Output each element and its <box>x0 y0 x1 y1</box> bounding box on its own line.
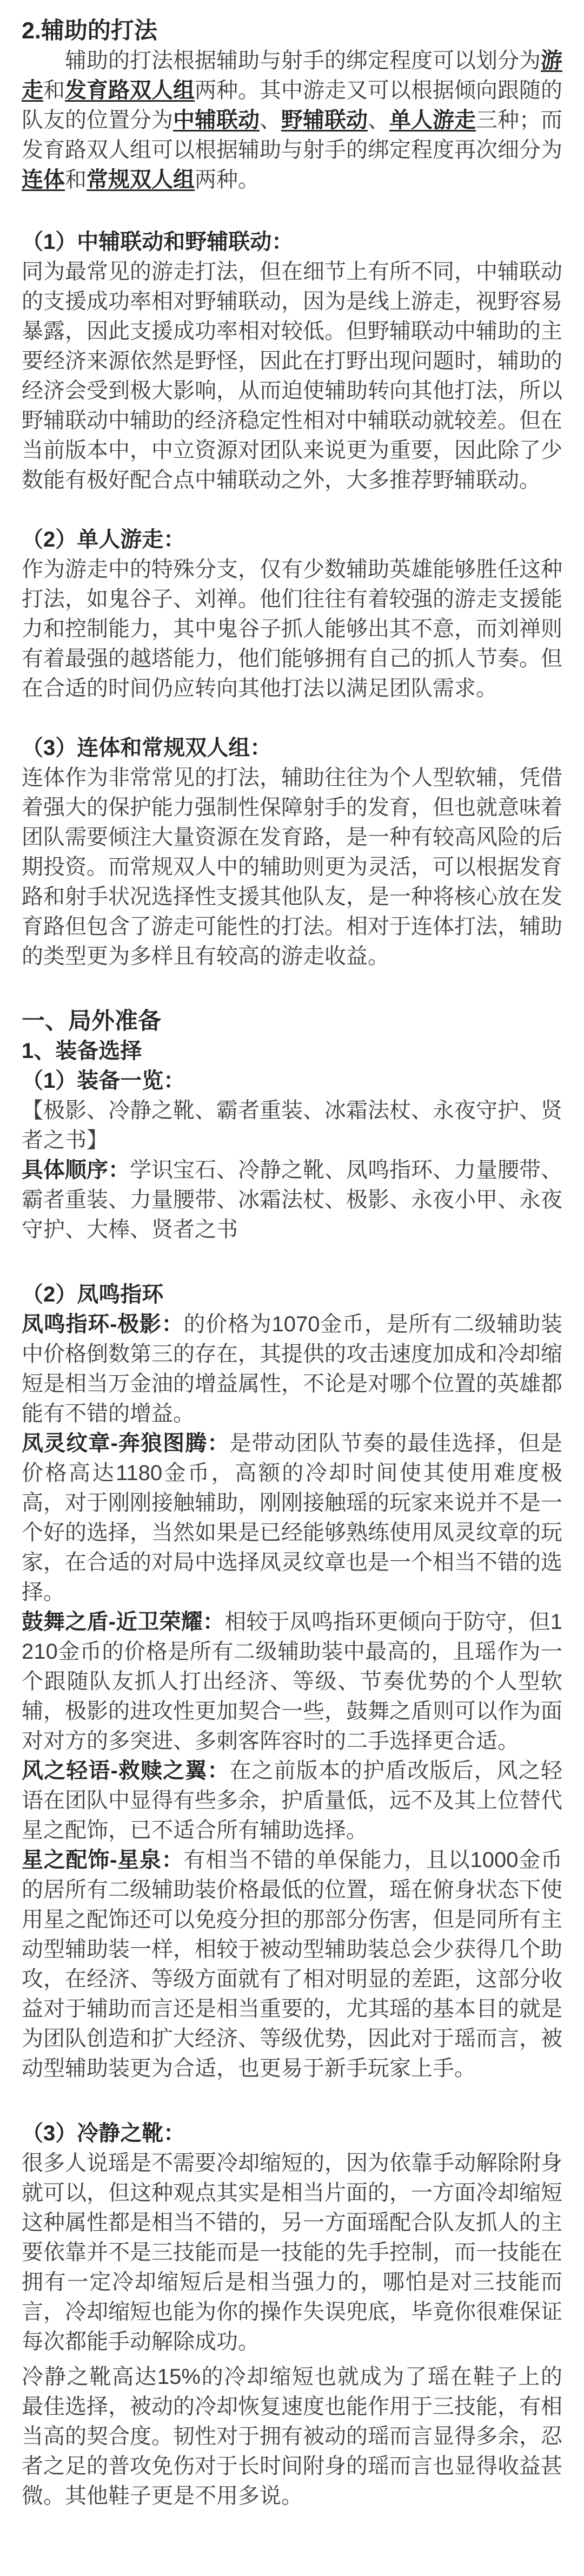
section-heading: （2）凤鸣指环 <box>22 1280 562 1310</box>
keyword-underlined: 野辅联动 <box>281 108 368 132</box>
body-text: 很多人说瑶是不需要冷却缩短的，因为依靠手动解除附身就可以，但这种观点其实是相当片… <box>22 2151 562 2354</box>
body-text: 和 <box>65 168 87 192</box>
bold-text: （2）凤鸣指环 <box>22 1283 163 1306</box>
body-text: 同为最常见的游走打法，但在细节上有所不同，中辅联动的支援成功率相对野辅联动，因为… <box>22 260 562 492</box>
section-heading: 一、局外准备 <box>22 1007 562 1036</box>
article-page: 2.辅助的打法辅助的打法根据辅助与射手的绑定程度可以划分为游走和发育路双人组两种… <box>0 0 584 2576</box>
section-heading: 2.辅助的打法 <box>22 16 562 46</box>
paragraph: 具体顺序：学识宝石、冷静之靴、凤鸣指环、力量腰带、霸者重装、力量腰带、冰霜法杖、… <box>22 1155 562 1245</box>
bold-text: （2）单人游走： <box>22 528 185 551</box>
keyword-underlined: 连体 <box>22 168 65 192</box>
paragraph: 鼓舞之盾-近卫荣耀：相较于凤鸣指环更倾向于防守，但1210金币的价格是所有二级辅… <box>22 1607 562 1756</box>
paragraph: 星之配饰-星泉：有相当不错的单保能力，且以1000金币的居所有二级辅助装价格最低… <box>22 1845 562 2084</box>
section-heading: 1、装备选择 <box>22 1036 562 1066</box>
section-heading: （3）连体和常规双人组： <box>22 733 562 763</box>
keyword-underlined: 发育路双人组 <box>65 78 195 102</box>
paragraph: 辅助的打法根据辅助与射手的绑定程度可以划分为游走和发育路双人组两种。其中游走又可… <box>22 46 562 195</box>
paragraph: 同为最常见的游走打法，但在细节上有所不同，中辅联动的支援成功率相对野辅联动，因为… <box>22 257 562 495</box>
bold-text: 凤鸣指环-极影： <box>22 1312 183 1336</box>
bold-text: 风之轻语-救赎之翼： <box>22 1759 229 1783</box>
body-text: 辅助的打法根据辅助与射手的绑定程度可以划分为 <box>65 49 541 73</box>
body-text: 、 <box>260 108 281 132</box>
paragraph: 【极影、冷静之靴、霸者重装、冰霜法杖、永夜守护、贤者之书】 <box>22 1096 562 1155</box>
paragraph: 凤鸣指环-极影：的价格为1070金币，是所有二级辅助装中价格倒数第三的存在，其提… <box>22 1310 562 1429</box>
body-text: 是带动团队节奏的最佳选择，但是价格高达1180金币，高额的冷却时间使其使用难度极… <box>22 1431 562 1604</box>
paragraph: 风之轻语-救赎之翼：在之前版本的护盾改版后，风之轻语在团队中显得有些多余，护盾量… <box>22 1756 562 1845</box>
body-text: 连体作为非常常见的打法，辅助往往为个人型软辅，凭借着强大的保护能力强制性保障射手… <box>22 766 562 968</box>
section-heading: （3）冷静之靴： <box>22 2119 562 2148</box>
body-text: 有相当不错的单保能力，且以1000金币的居所有二级辅助装价格最低的位置，瑶在俯身… <box>22 1848 562 2080</box>
paragraph: 作为游走中的特殊分支，仅有少数辅助英雄能够胜任这种打法，如鬼谷子、刘禅。他们往往… <box>22 555 562 704</box>
body-text: 【极影、冷静之靴、霸者重装、冰霜法杖、永夜守护、贤者之书】 <box>22 1099 562 1152</box>
body-text: 作为游走中的特殊分支，仅有少数辅助英雄能够胜任这种打法，如鬼谷子、刘禅。他们往往… <box>22 557 562 700</box>
body-text: 冷静之靴高达15%的冷却缩短也就成为了瑶在鞋子上的最佳选择，被动的冷却恢复速度也… <box>22 2365 562 2508</box>
paragraph: 连体作为非常常见的打法，辅助往往为个人型软辅，凭借着强大的保护能力强制性保障射手… <box>22 763 562 971</box>
paragraph: 凤灵纹章-奔狼图腾：是带动团队节奏的最佳选择，但是价格高达1180金币，高额的冷… <box>22 1429 562 1607</box>
section-heading: （1）装备一览： <box>22 1066 562 1096</box>
bold-text: 具体顺序： <box>22 1158 130 1182</box>
bold-text: 2.辅助的打法 <box>22 18 157 44</box>
bold-text: 1、装备选择 <box>22 1039 142 1063</box>
section-heading: （2）单人游走： <box>22 525 562 555</box>
bold-text: 一、局外准备 <box>22 1008 161 1034</box>
paragraph: 冷静之靴高达15%的冷却缩短也就成为了瑶在鞋子上的最佳选择，被动的冷却恢复速度也… <box>22 2362 562 2511</box>
section-heading: （1）中辅联动和野辅联动： <box>22 227 562 257</box>
keyword-underlined: 单人游走 <box>389 108 476 132</box>
bold-text: 凤灵纹章-奔狼图腾： <box>22 1431 229 1455</box>
bold-text: 星之配饰-星泉： <box>22 1848 183 1872</box>
bold-text: （3）冷静之靴： <box>22 2121 185 2145</box>
bold-text: （1）装备一览： <box>22 1069 185 1093</box>
keyword-underlined: 中辅联动 <box>173 108 260 132</box>
paragraph: 很多人说瑶是不需要冷却缩短的，因为依靠手动解除附身就可以，但这种观点其实是相当片… <box>22 2148 562 2357</box>
bold-text: （1）中辅联动和野辅联动： <box>22 230 293 254</box>
bold-text: （3）连体和常规双人组： <box>22 736 271 760</box>
body-text: 、 <box>368 108 389 132</box>
body-text: 和 <box>43 78 65 102</box>
keyword-underlined: 常规双人组 <box>87 168 195 192</box>
article-body: 2.辅助的打法辅助的打法根据辅助与射手的绑定程度可以划分为游走和发育路双人组两种… <box>22 16 562 2511</box>
bold-text: 鼓舞之盾-近卫荣耀： <box>22 1610 224 1634</box>
body-text: 两种。 <box>195 168 260 192</box>
